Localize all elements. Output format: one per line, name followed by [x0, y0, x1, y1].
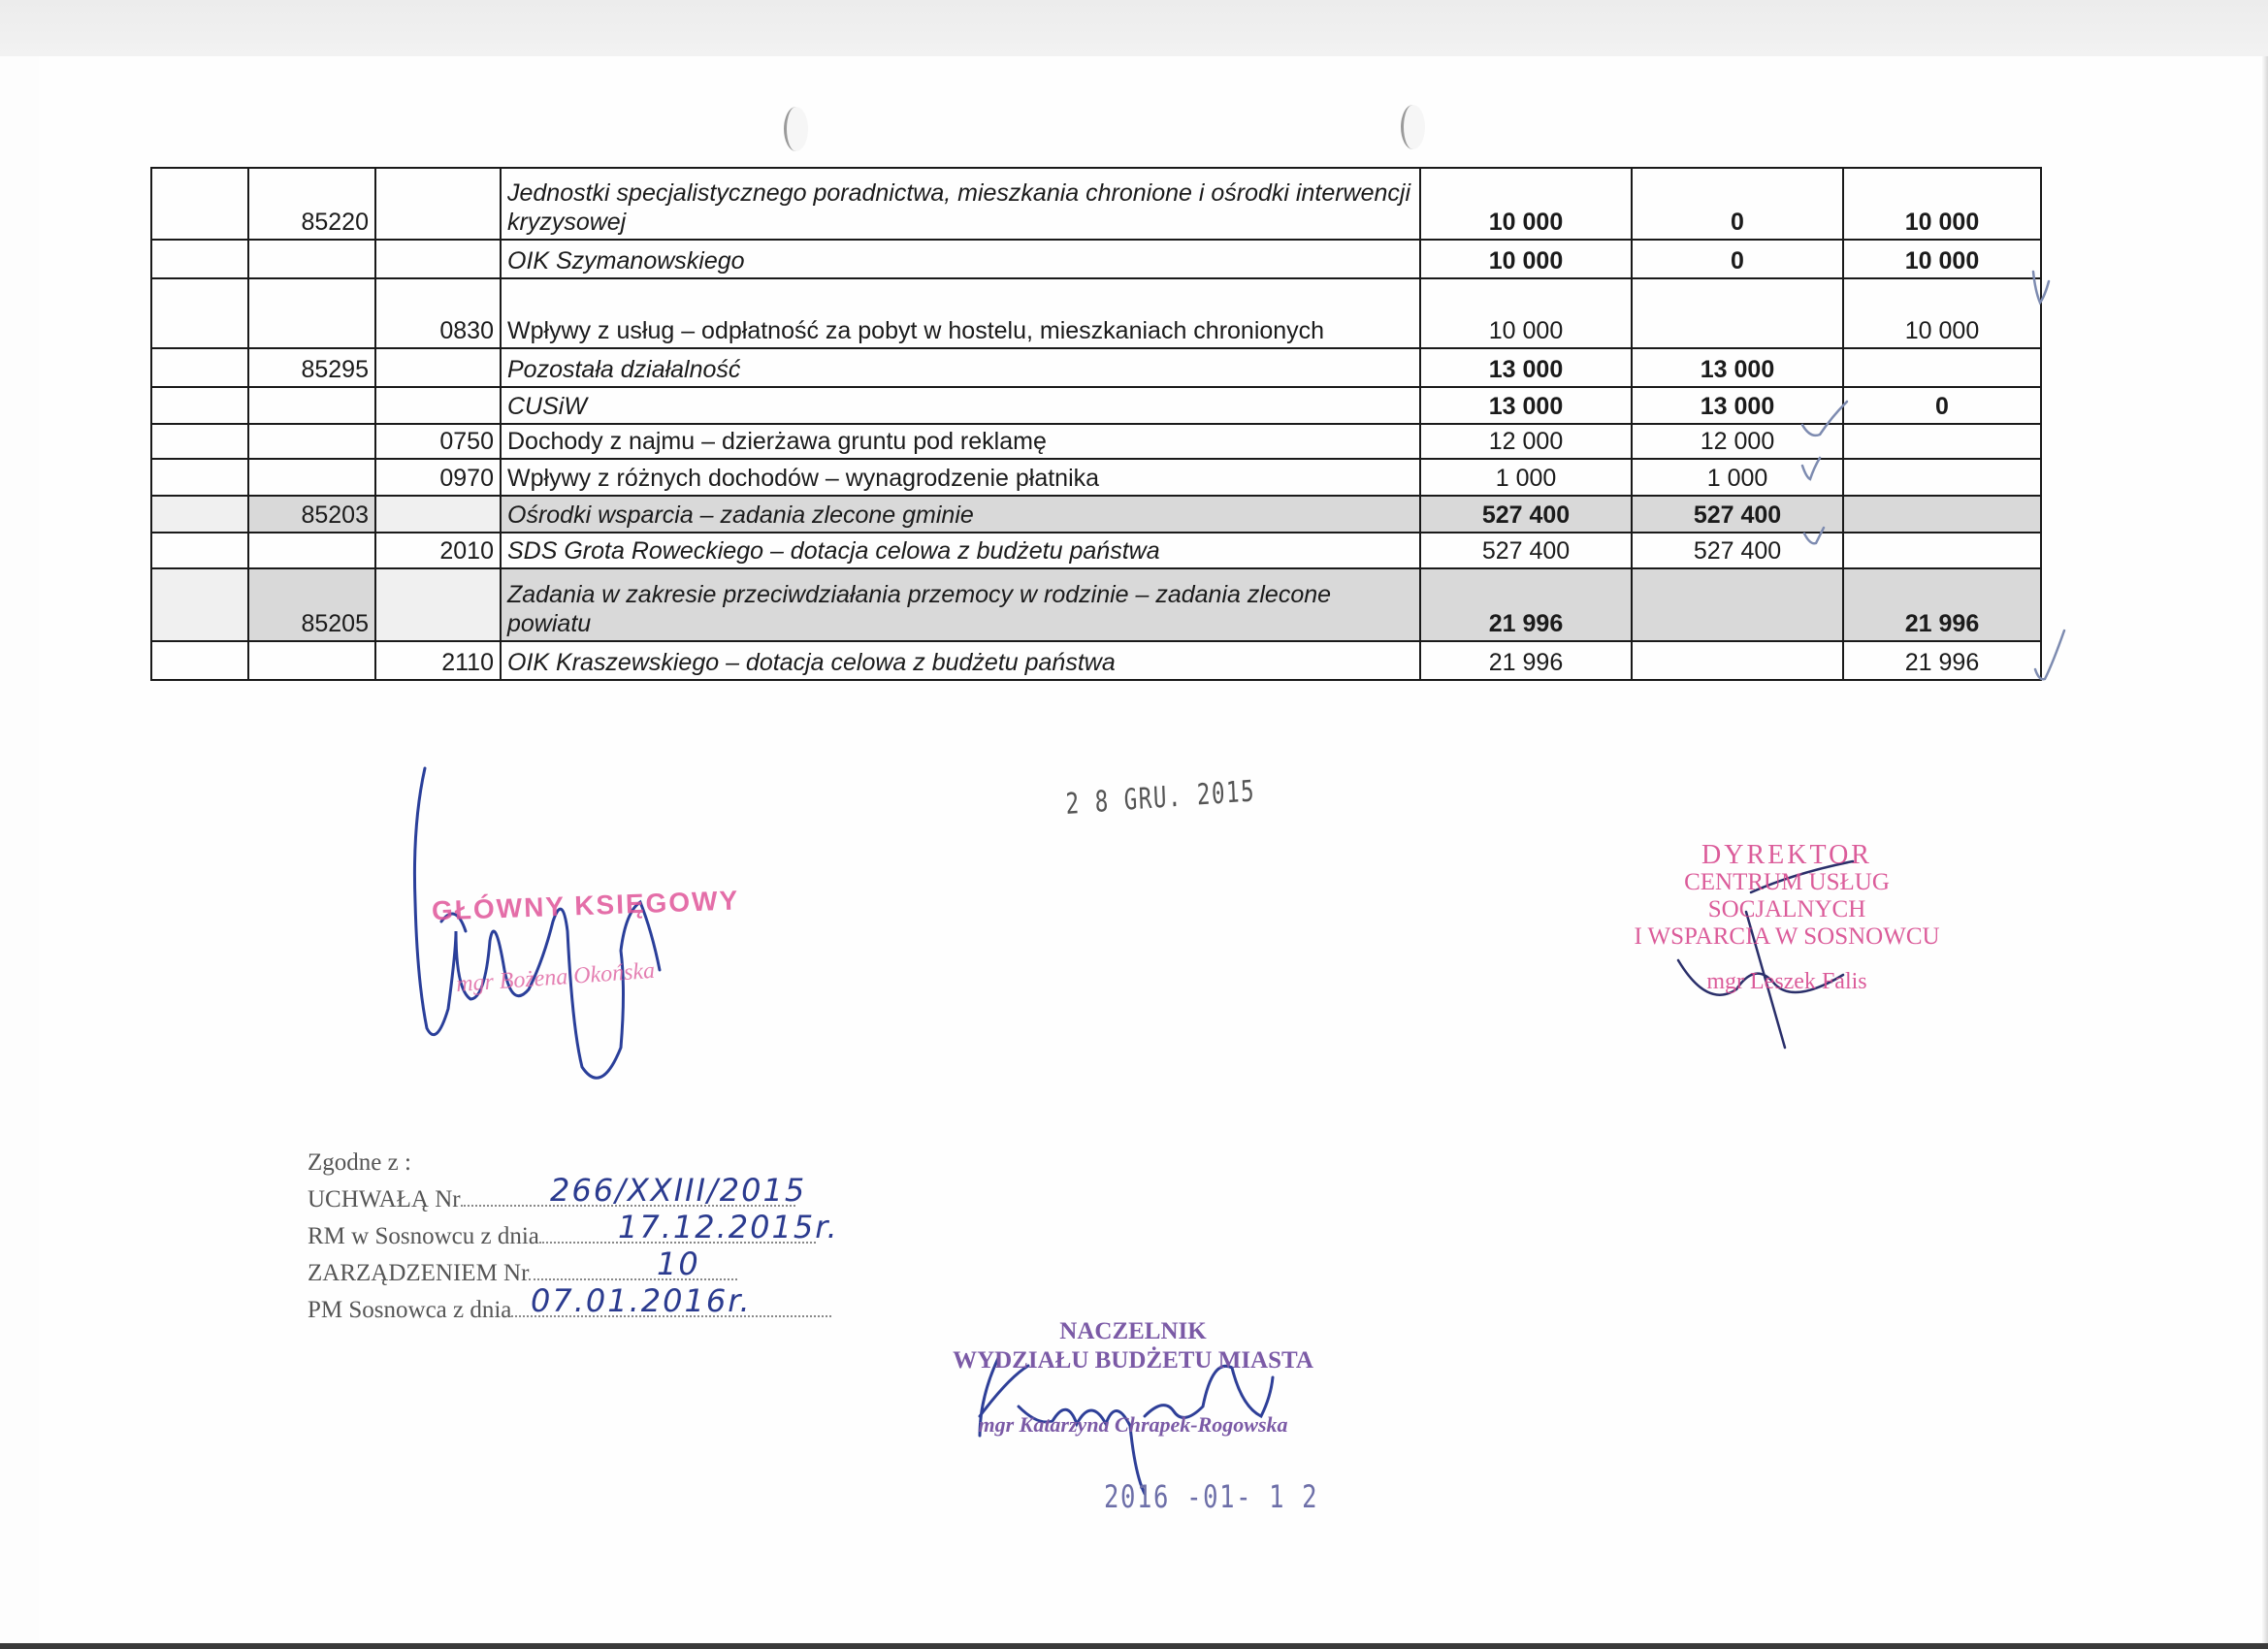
- paragraph-cell: 0970: [375, 459, 501, 496]
- table-row: 85220Jednostki specjalistycznego poradni…: [151, 168, 2041, 240]
- section-cell: [151, 240, 248, 278]
- head-stamp-title: NACZELNIK: [949, 1317, 1317, 1346]
- table-row: CUSiW13 00013 0000: [151, 387, 2041, 424]
- director-stamp-title: DYREKTOR: [1603, 842, 1971, 869]
- amount-change-cell: 0: [1632, 240, 1843, 278]
- description-cell: CUSiW: [501, 387, 1420, 424]
- paragraph-cell: [375, 496, 501, 533]
- paragraph-cell: [375, 568, 501, 641]
- amount-after-cell: 0: [1843, 387, 2041, 424]
- description-cell: Wpływy z usług – odpłatność za pobyt w h…: [501, 278, 1420, 348]
- description-cell: Jednostki specjalistycznego poradnictwa,…: [501, 168, 1420, 240]
- section-cell: [151, 568, 248, 641]
- paragraph-cell: [375, 348, 501, 387]
- chapter-cell: [248, 278, 375, 348]
- paragraph-cell: [375, 168, 501, 240]
- amount-plan-cell: 13 000: [1420, 348, 1632, 387]
- amount-plan-cell: 10 000: [1420, 168, 1632, 240]
- chapter-cell: 85203: [248, 496, 375, 533]
- budget-table: 85220Jednostki specjalistycznego poradni…: [150, 167, 2042, 681]
- amount-change-cell: 1 000: [1632, 459, 1843, 496]
- council-date-value: 17.12.2015r.: [618, 1209, 839, 1245]
- paragraph-cell: 0830: [375, 278, 501, 348]
- mayor-date-value: 07.01.2016r.: [531, 1282, 752, 1319]
- chapter-cell: [248, 533, 375, 568]
- director-stamp-org-line2: I WSPARCIA W SOSNOWCU: [1603, 923, 1971, 951]
- paragraph-cell: [375, 240, 501, 278]
- punch-hole-icon: [784, 107, 808, 151]
- amount-after-cell: [1843, 533, 2041, 568]
- amount-after-cell: 21 996: [1843, 568, 2041, 641]
- paragraph-cell: 0750: [375, 424, 501, 459]
- section-cell: [151, 424, 248, 459]
- amount-after-cell: 10 000: [1843, 240, 2041, 278]
- amount-change-cell: 527 400: [1632, 533, 1843, 568]
- resolution-value: 266/XXIII/2015: [550, 1172, 806, 1209]
- chapter-cell: [248, 240, 375, 278]
- amount-after-cell: [1843, 424, 2041, 459]
- paragraph-cell: 2110: [375, 641, 501, 680]
- chapter-cell: 85295: [248, 348, 375, 387]
- section-cell: [151, 496, 248, 533]
- amount-after-cell: [1843, 459, 2041, 496]
- council-date-label: RM w Sosnowcu z dnia: [308, 1223, 539, 1249]
- paragraph-cell: 2010: [375, 533, 501, 568]
- amount-plan-cell: 12 000: [1420, 424, 1632, 459]
- approval-block: Zgodne z : UCHWAŁĄ Nr 266/XXIII/2015 RM …: [308, 1145, 831, 1329]
- description-cell: OIK Kraszewskiego – dotacja celowa z bud…: [501, 641, 1420, 680]
- chapter-cell: 85220: [248, 168, 375, 240]
- table-row: 0750Dochody z najmu – dzierżawa gruntu p…: [151, 424, 2041, 459]
- order-label: ZARZĄDZENIEM Nr: [308, 1260, 529, 1286]
- table-row: 2110OIK Kraszewskiego – dotacja celowa z…: [151, 641, 2041, 680]
- description-cell: Dochody z najmu – dzierżawa gruntu pod r…: [501, 424, 1420, 459]
- section-cell: [151, 278, 248, 348]
- chapter-cell: [248, 459, 375, 496]
- chapter-cell: [248, 641, 375, 680]
- amount-plan-cell: 21 996: [1420, 641, 1632, 680]
- chapter-cell: 85205: [248, 568, 375, 641]
- resolution-label: UCHWAŁĄ Nr: [308, 1186, 461, 1212]
- table-row: 85295Pozostała działalność13 00013 000: [151, 348, 2041, 387]
- mayor-date-label: PM Sosnowca z dnia: [308, 1297, 511, 1323]
- amount-plan-cell: 527 400: [1420, 496, 1632, 533]
- amount-change-cell: [1632, 278, 1843, 348]
- section-cell: [151, 533, 248, 568]
- page-edge: [2262, 56, 2268, 1647]
- amount-change-cell: 527 400: [1632, 496, 1843, 533]
- amount-after-cell: 21 996: [1843, 641, 2041, 680]
- amount-plan-cell: 10 000: [1420, 278, 1632, 348]
- approval-council-date-line: RM w Sosnowcu z dnia 17.12.2015r.: [308, 1218, 831, 1255]
- chapter-cell: [248, 424, 375, 459]
- head-stamp-dept: WYDZIAŁU BUDŻETU MIASTA: [949, 1346, 1317, 1375]
- head-stamp-name: mgr Katarzyna Chrapek-Rogowska: [949, 1410, 1317, 1439]
- amount-after-cell: 10 000: [1843, 278, 2041, 348]
- table-row: 0830Wpływy z usług – odpłatność za pobyt…: [151, 278, 2041, 348]
- director-stamp-org-line1: CENTRUM USŁUG SOCJALNYCH: [1603, 869, 1971, 923]
- chapter-cell: [248, 387, 375, 424]
- amount-after-cell: [1843, 496, 2041, 533]
- description-cell: Wpływy z różnych dochodów – wynagrodzeni…: [501, 459, 1420, 496]
- amount-change-cell: 13 000: [1632, 387, 1843, 424]
- table-row: 85203Ośrodki wsparcia – zadania zlecone …: [151, 496, 2041, 533]
- amount-plan-cell: 13 000: [1420, 387, 1632, 424]
- section-cell: [151, 459, 248, 496]
- approval-date-stamp: 2016 -01- 1 2: [1104, 1478, 1318, 1515]
- approval-mayor-date-line: PM Sosnowca z dnia 07.01.2016r.: [308, 1292, 831, 1329]
- description-cell: Ośrodki wsparcia – zadania zlecone gmini…: [501, 496, 1420, 533]
- table-row: 0970Wpływy z różnych dochodów – wynagrod…: [151, 459, 2041, 496]
- amount-change-cell: 12 000: [1632, 424, 1843, 459]
- amount-change-cell: 0: [1632, 168, 1843, 240]
- section-cell: [151, 387, 248, 424]
- punch-hole-icon: [1401, 105, 1425, 149]
- section-cell: [151, 348, 248, 387]
- director-stamp-name: mgr Leszek Falis: [1603, 968, 1971, 995]
- table-row: 2010SDS Grota Roweckiego – dotacja celow…: [151, 533, 2041, 568]
- director-stamp: DYREKTOR CENTRUM USŁUG SOCJALNYCH I WSPA…: [1603, 842, 1971, 995]
- amount-plan-cell: 1 000: [1420, 459, 1632, 496]
- table-row: OIK Szymanowskiego10 000010 000: [151, 240, 2041, 278]
- description-cell: Pozostała działalność: [501, 348, 1420, 387]
- amount-after-cell: 10 000: [1843, 168, 2041, 240]
- scan-background-strip: [0, 0, 2268, 56]
- description-cell: OIK Szymanowskiego: [501, 240, 1420, 278]
- description-cell: SDS Grota Roweckiego – dotacja celowa z …: [501, 533, 1420, 568]
- page-edge-bottom: [0, 1643, 2268, 1649]
- budget-head-stamp: NACZELNIK WYDZIAŁU BUDŻETU MIASTA mgr Ka…: [949, 1317, 1317, 1439]
- order-value: 10: [657, 1245, 700, 1282]
- amount-plan-cell: 527 400: [1420, 533, 1632, 568]
- amount-change-cell: [1632, 641, 1843, 680]
- amount-after-cell: [1843, 348, 2041, 387]
- section-cell: [151, 641, 248, 680]
- amount-plan-cell: 21 996: [1420, 568, 1632, 641]
- paragraph-cell: [375, 387, 501, 424]
- amount-plan-cell: 10 000: [1420, 240, 1632, 278]
- amount-change-cell: 13 000: [1632, 348, 1843, 387]
- section-cell: [151, 168, 248, 240]
- description-cell: Zadania w zakresie przeciwdziałania prze…: [501, 568, 1420, 641]
- amount-change-cell: [1632, 568, 1843, 641]
- table-row: 85205Zadania w zakresie przeciwdziałania…: [151, 568, 2041, 641]
